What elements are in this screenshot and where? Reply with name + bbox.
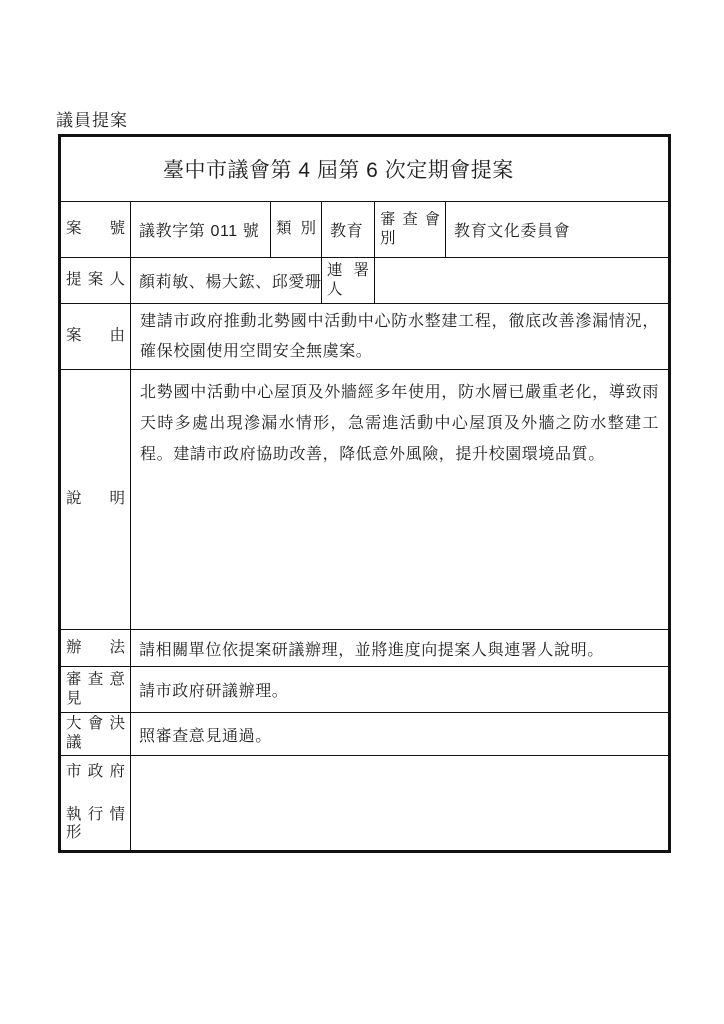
- proposer-label: 提案人: [66, 271, 125, 290]
- description-row: 說明 北勢國中活動中心屋頂及外牆經多年使用，防水層已嚴重老化，導致雨天時多處出現…: [61, 369, 668, 629]
- resolution-row: 大會決議 照審查意見通過。: [61, 712, 668, 755]
- committee-label: 審查會別: [380, 211, 440, 248]
- subject-label: 案由: [66, 327, 125, 346]
- method-label: 辦法: [66, 639, 125, 658]
- doc-type-label: 議員提案: [56, 106, 128, 131]
- case-row: 案號 議教字第 011 號 類別 教育 審查會別 教育文化委員會: [61, 201, 668, 257]
- proposer-label-cell: 提案人: [61, 258, 130, 303]
- cosigner-label: 連署人: [327, 262, 369, 299]
- proposer-row: 提案人 顏莉敏、楊大鋐、邱愛珊 連署人: [61, 257, 668, 303]
- review-text: 請市政府研議辦理。: [130, 667, 668, 712]
- case-number-label: 案號: [66, 220, 125, 239]
- description-label-cell: 說明: [61, 370, 130, 629]
- review-label: 審查意見: [66, 671, 125, 708]
- review-label-cell: 審查意見: [61, 667, 130, 712]
- category-label: 類別: [276, 220, 316, 239]
- case-number-label-cell: 案號: [61, 202, 130, 257]
- subject-label-cell: 案由: [61, 304, 130, 369]
- method-label-cell: 辦法: [61, 630, 130, 666]
- cosigner-label-cell: 連署人: [321, 258, 374, 303]
- committee-label-cell: 審查會別: [374, 202, 445, 257]
- case-number-value: 議教字第 011 號: [130, 202, 270, 257]
- execution-label-line1: 市政府: [66, 763, 125, 782]
- description-text: 北勢國中活動中心屋頂及外牆經多年使用，防水層已嚴重老化，導致雨天時多處出現滲漏水…: [130, 370, 668, 629]
- subject-text: 建請市政府推動北勢國中活動中心防水整建工程，徹底改善滲漏情況，確保校園使用空間安…: [130, 304, 668, 369]
- method-row: 辦法 請相關單位依提案研議辦理，並將進度向提案人與連署人說明。: [61, 629, 668, 666]
- proposer-names: 顏莉敏、楊大鋐、邱愛珊: [130, 258, 321, 303]
- resolution-label-cell: 大會決議: [61, 713, 130, 755]
- title-row: 臺中市議會第 4 屆第 6 次定期會提案: [61, 137, 668, 201]
- subject-row: 案由 建請市政府推動北勢國中活動中心防水整建工程，徹底改善滲漏情況，確保校園使用…: [61, 303, 668, 369]
- cosigner-value: [374, 258, 668, 303]
- document-page: 議員提案 臺中市議會第 4 屆第 6 次定期會提案 案號 議教字第 011 號 …: [0, 0, 724, 1024]
- execution-label-line2: 執行情形: [66, 806, 125, 843]
- description-label: 說明: [66, 490, 125, 509]
- category-value: 教育: [321, 202, 374, 257]
- execution-value: [130, 756, 668, 850]
- execution-label-cell: 市政府 執行情形: [61, 756, 130, 850]
- table-title: 臺中市議會第 4 屆第 6 次定期會提案: [61, 137, 668, 201]
- resolution-label: 大會決議: [66, 715, 125, 752]
- method-text: 請相關單位依提案研議辦理，並將進度向提案人與連署人說明。: [130, 630, 668, 666]
- resolution-text: 照審查意見通過。: [130, 713, 668, 755]
- committee-value: 教育文化委員會: [445, 202, 668, 257]
- proposal-table: 臺中市議會第 4 屆第 6 次定期會提案 案號 議教字第 011 號 類別 教育…: [58, 134, 671, 853]
- category-label-cell: 類別: [270, 202, 321, 257]
- execution-row: 市政府 執行情形: [61, 755, 668, 850]
- review-row: 審查意見 請市政府研議辦理。: [61, 666, 668, 712]
